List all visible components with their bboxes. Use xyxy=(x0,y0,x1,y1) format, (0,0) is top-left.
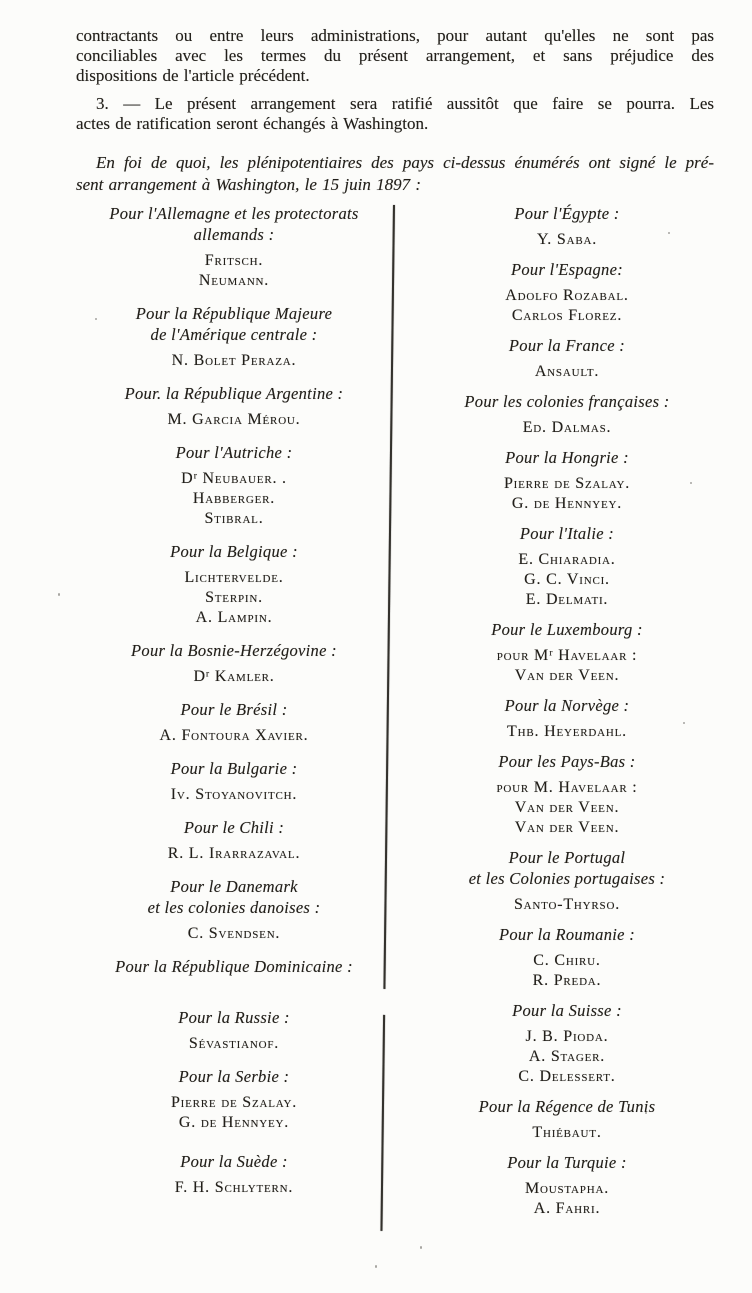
signatory-name: Dʳ Neubauer. . xyxy=(75,469,393,489)
signature-block-espagne: Pour l'Espagne: Adolfo Rozabal. Carlos F… xyxy=(408,259,726,326)
country-heading: Pour les colonies françaises : xyxy=(408,391,726,412)
signature-block-bresil: Pour le Brésil : A. Fontoura Xavier. xyxy=(75,699,393,746)
country-heading-line: Pour l'Italie : xyxy=(408,523,726,544)
text-line: 3. — Le présent arrangement sera ratifié… xyxy=(76,94,714,114)
country-heading-line: Pour le Portugal xyxy=(408,847,726,868)
signatory-name: Stibral. xyxy=(75,509,393,529)
signature-block-chili: Pour le Chili : R. L. Irarrazaval. xyxy=(75,817,393,864)
country-heading: Pour la Turquie : xyxy=(408,1152,726,1173)
signature-block-argentine: Pour. la République Argentine : M. Garci… xyxy=(75,383,393,430)
scanned-document-page: contractants ou entre leurs administrati… xyxy=(0,0,752,1293)
signatory-name: Pierre de Szalay. xyxy=(408,474,726,494)
signatory-name: Dʳ Kamler. xyxy=(75,667,393,687)
signatory-name: Van der Veen. xyxy=(408,666,726,686)
country-heading-line: Pour la Suède : xyxy=(75,1151,393,1172)
country-heading: Pour la Bosnie-Herzégovine : xyxy=(75,640,393,661)
signature-block-portugal: Pour le Portugal et les Colonies portuga… xyxy=(408,847,726,915)
text-line: contractants ou entre leurs administrati… xyxy=(76,26,714,46)
signature-block-tunis: Pour la Régence de Tunis Thiébaut. xyxy=(408,1096,726,1143)
signatory-name: N. Bolet Peraza. xyxy=(75,351,393,371)
country-heading: Pour le Danemark et les colonies danoise… xyxy=(75,876,393,918)
country-heading-line: Pour la Bosnie-Herzégovine : xyxy=(75,640,393,661)
country-heading-line: de l'Amérique centrale : xyxy=(75,324,393,345)
signatory-name: Sévastianof. xyxy=(75,1034,393,1054)
text-line: En foi de quoi, les plénipotentiaires de… xyxy=(76,152,714,174)
country-heading-line: Pour le Chili : xyxy=(75,817,393,838)
country-heading: Pour la Suède : xyxy=(75,1151,393,1172)
signatory-name: Thb. Heyerdahl. xyxy=(408,722,726,742)
signatory-name: Iv. Stoyanovitch. xyxy=(75,785,393,805)
country-heading: Pour la Régence de Tunis xyxy=(408,1096,726,1117)
signature-block-egypte: Pour l'Égypte : Y. Saba. xyxy=(408,203,726,250)
scan-speck xyxy=(95,318,97,320)
signatory-name: G. de Hennyey. xyxy=(408,494,726,514)
country-heading: Pour la Serbie : xyxy=(75,1066,393,1087)
signatory-name: E. Chiaradia. xyxy=(408,550,726,570)
signatory-name: Carlos Florez. xyxy=(408,306,726,326)
country-heading-line: Pour l'Égypte : xyxy=(408,203,726,224)
country-heading-line: Pour l'Autriche : xyxy=(75,442,393,463)
country-heading: Pour l'Allemagne et les protectorats all… xyxy=(75,203,393,245)
country-heading-line: et les colonies danoises : xyxy=(75,897,393,918)
country-heading: Pour la Russie : xyxy=(75,1007,393,1028)
text-line: dispositions de l'article précédent. xyxy=(76,66,714,86)
country-heading: Pour le Portugal et les Colonies portuga… xyxy=(408,847,726,889)
signature-block-colonies-francaises: Pour les colonies françaises : Ed. Dalma… xyxy=(408,391,726,438)
signatory-name: Pierre de Szalay. xyxy=(75,1093,393,1113)
country-heading: Pour le Chili : xyxy=(75,817,393,838)
signatory-name: Neumann. xyxy=(75,271,393,291)
country-heading-line: Pour la Roumanie : xyxy=(408,924,726,945)
country-heading-line: Pour le Brésil : xyxy=(75,699,393,720)
signatory-name: C. Delessert. xyxy=(408,1067,726,1087)
signature-block-bulgarie: Pour la Bulgarie : Iv. Stoyanovitch. xyxy=(75,758,393,805)
paragraph-contractants: contractants ou entre leurs administrati… xyxy=(76,26,714,86)
country-heading: Pour la Roumanie : xyxy=(408,924,726,945)
scan-speck xyxy=(375,1265,377,1268)
signature-block-suede: Pour la Suède : F. H. Schlytern. xyxy=(75,1151,393,1198)
signatory-name: C. Svendsen. xyxy=(75,924,393,944)
scan-speck xyxy=(107,36,110,39)
signatory-name: Thiébaut. xyxy=(408,1123,726,1143)
signature-block-serbie: Pour la Serbie : Pierre de Szalay. G. de… xyxy=(75,1066,393,1133)
signatory-name: J. B. Pioda. xyxy=(408,1027,726,1047)
country-heading: Pour la France : xyxy=(408,335,726,356)
signatory-name: Sterpin. xyxy=(75,588,393,608)
country-heading-line: Pour la Serbie : xyxy=(75,1066,393,1087)
signatory-name: Moustapha. xyxy=(408,1179,726,1199)
scan-speck xyxy=(690,482,692,484)
signature-block-amerique-centrale: Pour la République Majeure de l'Amérique… xyxy=(75,303,393,371)
signatory-name: A. Fontoura Xavier. xyxy=(75,726,393,746)
country-heading-line: Pour la Russie : xyxy=(75,1007,393,1028)
signatory-name: Y. Saba. xyxy=(408,230,726,250)
country-heading-line: Pour. la République Argentine : xyxy=(75,383,393,404)
signature-block-autriche: Pour l'Autriche : Dʳ Neubauer. . Habberg… xyxy=(75,442,393,529)
signatory-name: E. Delmati. xyxy=(408,590,726,610)
signature-column-right: Pour l'Égypte : Y. Saba. Pour l'Espagne:… xyxy=(408,203,726,1228)
signature-block-russie: Pour la Russie : Sévastianof. xyxy=(75,1007,393,1054)
country-heading-line: Pour la République Dominicaine : xyxy=(75,956,393,977)
country-heading-line: Pour la Régence de Tunis xyxy=(408,1096,726,1117)
country-heading-line: Pour la Belgique : xyxy=(75,541,393,562)
country-heading-line: Pour la France : xyxy=(408,335,726,356)
paragraph-en-foi-de-quoi: En foi de quoi, les plénipotentiaires de… xyxy=(76,152,714,195)
signature-block-danemark: Pour le Danemark et les colonies danoise… xyxy=(75,876,393,944)
country-heading-line: allemands : xyxy=(75,224,393,245)
country-heading: Pour l'Égypte : xyxy=(408,203,726,224)
signature-area: Pour l'Allemagne et les protectorats all… xyxy=(0,203,752,1263)
signatory-name: Ansault. xyxy=(408,362,726,382)
signature-block-turquie: Pour la Turquie : Moustapha. A. Fahri. xyxy=(408,1152,726,1219)
signatory-name: Lichtervelde. xyxy=(75,568,393,588)
country-heading-line: Pour la Hongrie : xyxy=(408,447,726,468)
signature-block-france: Pour la France : Ansault. xyxy=(408,335,726,382)
country-heading: Pour la Suisse : xyxy=(408,1000,726,1021)
country-heading-line: Pour la République Majeure xyxy=(75,303,393,324)
scan-speck xyxy=(673,166,675,168)
country-heading-line: Pour l'Allemagne et les protectorats xyxy=(75,203,393,224)
signatory-name: A. Lampin. xyxy=(75,608,393,628)
country-heading: Pour la République Dominicaine : xyxy=(75,956,393,977)
country-heading-line: Pour les Pays-Bas : xyxy=(408,751,726,772)
country-heading: Pour la Norvège : xyxy=(408,695,726,716)
country-heading: Pour la Bulgarie : xyxy=(75,758,393,779)
country-heading-line: Pour la Norvège : xyxy=(408,695,726,716)
signatory-name: Van der Veen. xyxy=(408,798,726,818)
text-line: sent arrangement à Washington, le 15 jui… xyxy=(76,174,714,196)
country-heading-line: Pour le Luxembourg : xyxy=(408,619,726,640)
signature-block-bosnie: Pour la Bosnie-Herzégovine : Dʳ Kamler. xyxy=(75,640,393,687)
country-heading: Pour le Brésil : xyxy=(75,699,393,720)
signatory-name: Fritsch. xyxy=(75,251,393,271)
text-line: actes de ratification seront échangés à … xyxy=(76,114,714,134)
country-heading: Pour les Pays-Bas : xyxy=(408,751,726,772)
signature-block-dominicaine: Pour la République Dominicaine : xyxy=(75,956,393,977)
country-heading: Pour. la République Argentine : xyxy=(75,383,393,404)
text-line: conciliables avec les termes du présent … xyxy=(76,46,714,66)
paragraph-article-3: 3. — Le présent arrangement sera ratifié… xyxy=(76,94,714,134)
country-heading-line: Pour l'Espagne: xyxy=(408,259,726,280)
signatory-name: pour M. Havelaar : xyxy=(408,778,726,798)
signatory-name: Ed. Dalmas. xyxy=(408,418,726,438)
signatory-name: R. Preda. xyxy=(408,971,726,991)
signature-block-belgique: Pour la Belgique : Lichtervelde. Sterpin… xyxy=(75,541,393,628)
country-heading: Pour l'Italie : xyxy=(408,523,726,544)
signature-block-italie: Pour l'Italie : E. Chiaradia. G. C. Vinc… xyxy=(408,523,726,610)
country-heading-line: Pour la Suisse : xyxy=(408,1000,726,1021)
country-heading-line: Pour la Turquie : xyxy=(408,1152,726,1173)
signatory-name: Adolfo Rozabal. xyxy=(408,286,726,306)
signature-block-allemagne: Pour l'Allemagne et les protectorats all… xyxy=(75,203,393,291)
signature-block-roumanie: Pour la Roumanie : C. Chiru. R. Preda. xyxy=(408,924,726,991)
signature-block-suisse: Pour la Suisse : J. B. Pioda. A. Stager.… xyxy=(408,1000,726,1087)
signatory-name: F. H. Schlytern. xyxy=(75,1178,393,1198)
country-heading-line: Pour la Bulgarie : xyxy=(75,758,393,779)
scan-speck xyxy=(645,1112,647,1114)
signatory-name: M. Garcia Mérou. xyxy=(75,410,393,430)
country-heading: Pour la Hongrie : xyxy=(408,447,726,468)
signatory-name: Van der Veen. xyxy=(408,818,726,838)
scan-speck xyxy=(683,722,685,724)
country-heading: Pour l'Espagne: xyxy=(408,259,726,280)
country-heading-line: et les Colonies portugaises : xyxy=(408,868,726,889)
country-heading: Pour le Luxembourg : xyxy=(408,619,726,640)
signatory-name: A. Fahri. xyxy=(408,1199,726,1219)
signatory-name: pour Mʳ Havelaar : xyxy=(408,646,726,666)
country-heading: Pour la République Majeure de l'Amérique… xyxy=(75,303,393,345)
signature-block-luxembourg: Pour le Luxembourg : pour Mʳ Havelaar : … xyxy=(408,619,726,686)
scan-speck xyxy=(420,1246,422,1249)
signature-block-norvege: Pour la Norvège : Thb. Heyerdahl. xyxy=(408,695,726,742)
signatory-name: Santo-Thyrso. xyxy=(408,895,726,915)
signature-column-left: Pour l'Allemagne et les protectorats all… xyxy=(75,203,393,1210)
country-heading-line: Pour le Danemark xyxy=(75,876,393,897)
signatory-name: G. de Hennyey. xyxy=(75,1113,393,1133)
signatory-name: R. L. Irarrazaval. xyxy=(75,844,393,864)
scan-speck xyxy=(58,593,60,596)
signature-block-pays-bas: Pour les Pays-Bas : pour M. Havelaar : V… xyxy=(408,751,726,838)
signature-block-hongrie: Pour la Hongrie : Pierre de Szalay. G. d… xyxy=(408,447,726,514)
country-heading: Pour la Belgique : xyxy=(75,541,393,562)
scan-speck xyxy=(668,232,670,234)
country-heading-line: Pour les colonies françaises : xyxy=(408,391,726,412)
signatory-name: G. C. Vinci. xyxy=(408,570,726,590)
country-heading: Pour l'Autriche : xyxy=(75,442,393,463)
signatory-name: C. Chiru. xyxy=(408,951,726,971)
signatory-name: A. Stager. xyxy=(408,1047,726,1067)
signatory-name: Habberger. xyxy=(75,489,393,509)
